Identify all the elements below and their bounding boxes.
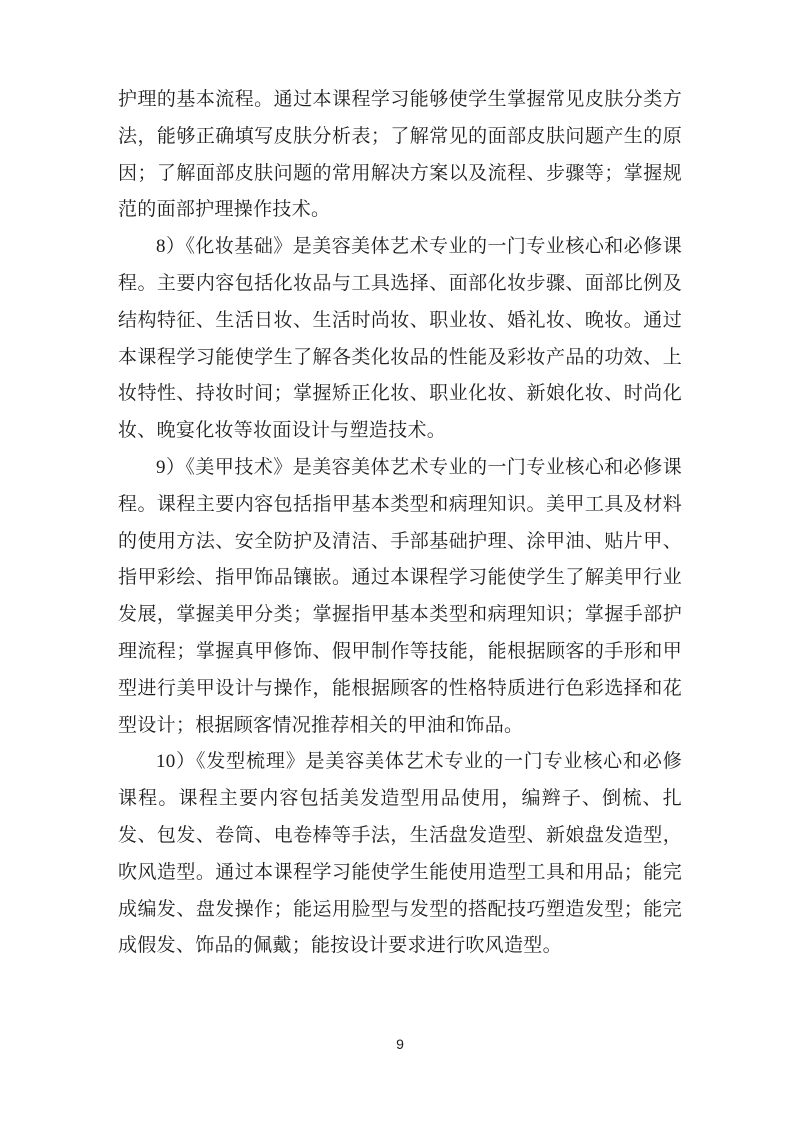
paragraph-facial-care-continuation: 护理的基本流程。通过本课程学习能够使学生掌握常见皮肤分类方法，能够正确填写皮肤分… [118,82,682,229]
page-number: 9 [0,1036,800,1052]
document-body-text: 护理的基本流程。通过本课程学习能够使学生掌握常见皮肤分类方法，能够正确填写皮肤分… [118,82,682,965]
paragraph-course-10-hair-styling: 10）《发型梳理》是美容美体艺术专业的一门专业核心和必修课程。课程主要内容包括美… [118,744,682,965]
paragraph-course-9-nail-art: 9）《美甲技术》是美容美体艺术专业的一门专业核心和必修课程。课程主要内容包括指甲… [118,450,682,744]
paragraph-course-8-makeup-basics: 8）《化妆基础》是美容美体艺术专业的一门专业核心和必修课程。主要内容包括化妆品与… [118,229,682,450]
document-page: 护理的基本流程。通过本课程学习能够使学生掌握常见皮肤分类方法，能够正确填写皮肤分… [0,0,800,1131]
